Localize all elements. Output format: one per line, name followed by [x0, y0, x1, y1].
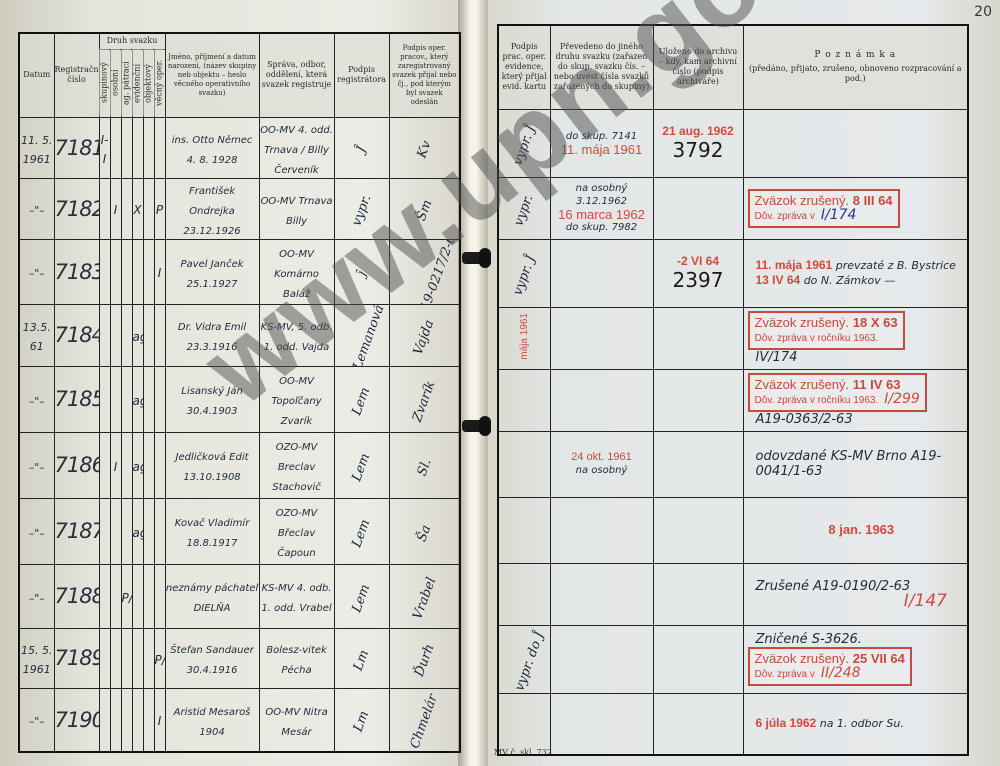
cell-druh-mark	[121, 239, 132, 304]
cell-reg-cislo-text: 7185	[55, 387, 100, 411]
signature: Šm	[414, 198, 435, 223]
cell-sprava: OO-MV Nitra Mesár	[259, 688, 334, 752]
druh-mark: ag	[133, 460, 144, 474]
table-row: vypr. Ĵdo skup. 714111. mája 196121 aug.…	[498, 109, 968, 177]
cell-podpis-oper: Sl.	[389, 432, 460, 498]
druh-mark: ag	[133, 394, 144, 408]
cell-datum: 13.5. 61	[19, 304, 54, 366]
signature: Lem	[350, 582, 374, 614]
cell-druh-mark	[143, 628, 154, 688]
header-druh-0: skupinový	[99, 49, 110, 117]
signature: Lemanová	[350, 304, 387, 366]
cell-jmeno: Kovač Vladimír 18.8.1917	[165, 498, 259, 564]
cell-druh-mark	[99, 178, 110, 239]
cell-podpis-evidence: vypr.	[498, 177, 550, 239]
cell-datum: –"–	[19, 688, 54, 752]
cell-druh-mark	[110, 239, 121, 304]
cell-datum: –"–	[19, 178, 54, 239]
cell-druh-mark	[132, 628, 143, 688]
cell-podpis-oper: Kv	[389, 117, 460, 178]
header-druh-svazku: Druh svazku	[99, 33, 165, 49]
stamp-line1: Zväzok zrušený.	[755, 193, 850, 208]
signature: A19-0217/2-61	[414, 239, 460, 304]
cell-ulozeno	[653, 307, 743, 369]
stamp-line1: Zväzok zrušený.	[755, 377, 850, 392]
cell-reg-cislo: 7187	[54, 498, 99, 564]
header-ulozeno: Uloženo do archivu – kdy, kam archivní č…	[653, 25, 743, 109]
cell-reg-cislo: 7188	[54, 564, 99, 628]
druh-mark: P	[156, 203, 163, 217]
date-stamp: 24 okt. 1961	[551, 451, 653, 464]
druh-mark: X	[133, 203, 141, 217]
header-podpis-oper: Podpis oper. pracov., který zaregistrova…	[389, 33, 460, 117]
cancellation-stamp: Zväzok zrušený. 25 VII 64 Dôv. zpráva vI…	[748, 647, 912, 686]
cell-jmeno-text: Štefan Sandauer 30.4.1916	[170, 645, 253, 676]
cell-podpis-evidence: mája 1961	[498, 307, 550, 369]
cell-reg-cislo-text: 7181	[55, 136, 100, 160]
druh-mark: I	[158, 714, 162, 728]
table-row: vypr. Ĵ-2 VI 64239711. mája 1961 prevzat…	[498, 239, 968, 307]
date-stamp: 11. mája 1961	[551, 143, 653, 156]
table-row: –"–7186IagJedličková Edit 13.10.1908OZO-…	[19, 432, 460, 498]
right-ledger-table: Podpis prac. oper. evidence, který přija…	[497, 24, 969, 756]
header-druh-4: objektový	[143, 49, 154, 117]
stamp-number: II/248	[821, 665, 861, 681]
header-datum: Datum	[19, 33, 54, 117]
cell-podpis-oper: Ša	[389, 498, 460, 564]
druh-mark: I	[114, 203, 118, 217]
cell-druh-mark	[121, 304, 132, 366]
druh-mark: P/I	[122, 591, 133, 605]
cell-sprava: KS-MV, 5. odb. 1. odd. Vajda	[259, 304, 334, 366]
signature: Zvarík	[410, 379, 439, 424]
table-row: 24 okt. 1961na osobnýodovzdané KS-MV Brn…	[498, 431, 968, 497]
cell-sprava-text: OO-MV 4. odd. Trnava / Billy Červeník	[260, 125, 333, 176]
cell-sprava-text: KS-MV 4. odb. 1. odd. Vrabel	[261, 583, 331, 614]
cell-sprava-text: OZO-MV Breclav Stachovič	[272, 442, 321, 493]
binder-ring-icon	[462, 420, 488, 432]
stamp-line2: Dôv. zpráva v ročníku 1963.	[755, 333, 879, 344]
date-stamp: 16 marca 1962	[551, 208, 653, 221]
stamp-line2: Dôv. zpráva v ročníku 1963.	[755, 395, 879, 406]
cell-jmeno-text: Dr. Vidra Emil 23.3.1916	[178, 322, 246, 353]
cell-reg-cislo: 7181	[54, 117, 99, 178]
header-druh-1: osobní	[110, 49, 121, 117]
stamp-line1: Zväzok zrušený.	[755, 651, 850, 666]
cell-sprava: OO-MV Komárno Baláž	[259, 239, 334, 304]
cell-poznamka	[743, 109, 968, 177]
cell-podpis-registratora: Lem	[334, 564, 389, 628]
druh-mark: I	[114, 460, 118, 474]
handwritten-note: I/147	[904, 591, 947, 611]
cell-druh-mark: ag	[132, 432, 143, 498]
cell-druh-mark	[110, 498, 121, 564]
cell-prevedeno: na osobný 3.12.196216 marca 1962do skup.…	[550, 177, 653, 239]
handwritten-note: na 1. odbor Su.	[820, 717, 904, 730]
cell-poznamka: odovzdané KS-MV Brno A19-0041/1-63	[743, 431, 968, 497]
cell-poznamka: Zväzok zrušený. 18 X 63 Dôv. zpráva v ro…	[743, 307, 968, 369]
cell-prevedeno	[550, 693, 653, 755]
cell-podpis-registratora: Lemanová	[334, 304, 389, 366]
cell-druh-mark	[99, 628, 110, 688]
cell-jmeno: ins. Otto Němec 4. 8. 1928	[165, 117, 259, 178]
binding-gutter	[458, 0, 488, 766]
cell-sprava: Bolesz-vitek Pécha	[259, 628, 334, 688]
cell-ulozeno	[653, 497, 743, 563]
handwritten-note: IV/174	[748, 350, 968, 365]
cell-druh-mark	[132, 688, 143, 752]
cell-druh-mark	[143, 366, 154, 432]
signature: Lem	[350, 451, 374, 483]
cell-prevedeno	[550, 625, 653, 693]
cell-druh-mark	[99, 564, 110, 628]
signature: Lem	[350, 517, 374, 549]
cell-datum-text: 11. 5. 1961	[21, 134, 53, 166]
cell-druh-mark	[121, 178, 132, 239]
table-row: Zväzok zrušený. 11 IV 63 Dôv. zpráva v r…	[498, 369, 968, 431]
header-podpis-registratora: Podpis registrátora	[334, 33, 389, 117]
cell-poznamka: Zväzok zrušený. 8 III 64 Dôv. zpráva vI/…	[743, 177, 968, 239]
cell-reg-cislo-text: 7186	[55, 453, 100, 477]
cell-podpis-oper: A19-0217/2-61	[389, 239, 460, 304]
cell-podpis-registratora: Lm	[334, 628, 389, 688]
signature: vypr. do Ĵ	[512, 630, 547, 693]
cell-sprava: OO-MV 4. odd. Trnava / Billy Červeník	[259, 117, 334, 178]
cell-sprava-text: KS-MV, 5. odb. 1. odd. Vajda	[261, 322, 333, 353]
cell-jmeno-text: Jedličková Edit 13.10.1908	[176, 452, 249, 483]
table-row: –"–7183IPavel Janček 25.1.1927OO-MV Komá…	[19, 239, 460, 304]
cell-podpis-oper: Šm	[389, 178, 460, 239]
cell-podpis-registratora: Ĵ	[334, 117, 389, 178]
header-jmeno: Jméno, příjmení a datum narození, (název…	[165, 33, 259, 117]
table-row: –"–7187agKovač Vladimír 18.8.1917OZO-MV …	[19, 498, 460, 564]
cell-druh-mark: I	[110, 432, 121, 498]
table-row: 13.5. 617184agDr. Vidra Emil 23.3.1916KS…	[19, 304, 460, 366]
cell-jmeno-text: Aristid Mesaroš 1904	[174, 707, 251, 738]
cell-sprava: OO-MV Trnava Billy	[259, 178, 334, 239]
cell-podpis-registratora: Lem	[334, 498, 389, 564]
cell-jmeno-text: Lisanský Ján 30.4.1903	[181, 386, 243, 417]
cell-druh-mark	[132, 239, 143, 304]
cell-druh-mark	[143, 304, 154, 366]
cancellation-stamp: Zväzok zrušený. 11 IV 63 Dôv. zpráva v r…	[748, 373, 927, 412]
table-row: 6 júla 1962 na 1. odbor Su.	[498, 693, 968, 755]
date-stamp: 11. mája 1961	[756, 258, 833, 272]
cell-podpis-evidence: vypr. Ĵ	[498, 109, 550, 177]
signature: Chmelár	[408, 693, 441, 751]
signature: Sl.	[414, 456, 434, 477]
date-stamp: 21 aug. 1962	[654, 124, 743, 138]
cell-druh-mark	[143, 688, 154, 752]
cell-sprava: OO-MV Topoľčany Zvarík	[259, 366, 334, 432]
cell-prevedeno	[550, 563, 653, 625]
signature: Lem	[350, 385, 374, 417]
table-row: 15. 5. 19617189P/IŠtefan Sandauer 30.4.1…	[19, 628, 460, 688]
cell-poznamka: Zničené S-3626. Zväzok zrušený. 25 VII 6…	[743, 625, 968, 693]
table-row: mája 1961 Zväzok zrušený. 18 X 63 Dôv. z…	[498, 307, 968, 369]
left-ledger-table: Datum Registrační číslo Druh svazku Jmén…	[18, 32, 461, 753]
table-row: –"–7182IXPFrantišek Ondrejka 23.12.1926O…	[19, 178, 460, 239]
cell-ulozeno: -2 VI 642397	[653, 239, 743, 307]
cell-podpis-evidence	[498, 563, 550, 625]
cell-datum-text: –"–	[29, 204, 45, 217]
cell-jmeno: Aristid Mesaroš 1904	[165, 688, 259, 752]
table-row: –"–7188P/Ineznámy páchateľ DIELŇAKS-MV 4…	[19, 564, 460, 628]
cell-sprava-text: OO-MV Trnava Billy	[261, 196, 333, 227]
cell-druh-mark	[110, 304, 121, 366]
signature: vypr.	[349, 193, 374, 228]
cell-jmeno-text: Kovač Vladimír 18.8.1917	[175, 518, 250, 549]
cell-poznamka: 8 jan. 1963	[743, 497, 968, 563]
cell-prevedeno	[550, 307, 653, 369]
stamp-date: 18 X 63	[853, 315, 898, 330]
table-row: –"–7185agLisanský Ján 30.4.1903OO-MV Top…	[19, 366, 460, 432]
cell-druh-mark	[110, 366, 121, 432]
cell-reg-cislo: 7189	[54, 628, 99, 688]
cell-druh-mark	[99, 498, 110, 564]
cell-podpis-evidence	[498, 497, 550, 563]
cell-druh-mark	[143, 178, 154, 239]
table-row: vypr.na osobný 3.12.196216 marca 1962do …	[498, 177, 968, 239]
cell-jmeno: neznámy páchateľ DIELŇA	[165, 564, 259, 628]
stamp-number: I/174	[821, 207, 857, 223]
cell-reg-cislo: 7186	[54, 432, 99, 498]
cell-jmeno: Jedličková Edit 13.10.1908	[165, 432, 259, 498]
handwritten-note: do skup. 7982	[551, 221, 653, 234]
cell-reg-cislo-text: 7189	[55, 646, 100, 670]
stamp-date: 8 III 64	[853, 193, 893, 208]
cell-prevedeno	[550, 369, 653, 431]
cell-druh-mark: P/I	[121, 564, 132, 628]
cell-reg-cislo-text: 7182	[55, 197, 100, 221]
stamp-line2: Dôv. zpráva v	[755, 669, 815, 680]
cell-reg-cislo-text: 7184	[55, 323, 100, 347]
cell-druh-mark	[110, 564, 121, 628]
cell-reg-cislo: 7190	[54, 688, 99, 752]
cell-datum-text: 13.5. 61	[23, 321, 51, 353]
signature: Ďurh	[412, 642, 438, 679]
handwritten-note: A19-0363/2-63	[748, 412, 968, 427]
cell-reg-cislo-text: 7183	[55, 260, 100, 284]
cell-druh-mark: I	[110, 178, 121, 239]
cell-druh-mark: I	[154, 688, 165, 752]
cell-druh-mark	[121, 117, 132, 178]
cell-jmeno: Lisanský Ján 30.4.1903	[165, 366, 259, 432]
cancellation-stamp: Zväzok zrušený. 8 III 64 Dôv. zpráva vI/…	[748, 189, 900, 228]
cell-druh-mark	[154, 366, 165, 432]
handwritten-note: prevzaté z B. Bystrice	[836, 259, 956, 272]
cell-prevedeno: do skup. 714111. mája 1961	[550, 109, 653, 177]
cell-sprava-text: OO-MV Komárno Baláž	[274, 249, 319, 300]
cell-poznamka: 6 júla 1962 na 1. odbor Su.	[743, 693, 968, 755]
handwritten-note: Zničené S-3626.	[748, 632, 968, 647]
table-row: 8 jan. 1963	[498, 497, 968, 563]
cell-datum: 15. 5. 1961	[19, 628, 54, 688]
cell-druh-mark: ag	[132, 304, 143, 366]
druh-mark: I	[158, 266, 162, 280]
archive-number: 2397	[654, 268, 743, 292]
stamp-line2: Dôv. zpráva v	[755, 211, 815, 222]
cell-druh-mark	[99, 432, 110, 498]
cell-podpis-registratora: vypr.	[334, 178, 389, 239]
cell-druh-mark	[154, 498, 165, 564]
cell-ulozeno	[653, 177, 743, 239]
handwritten-note: na osobný	[551, 464, 653, 477]
header-druh-2: ag. pátrací	[121, 49, 132, 117]
cell-reg-cislo: 7182	[54, 178, 99, 239]
cell-druh-mark	[121, 432, 132, 498]
druh-mark: I-I	[101, 133, 109, 166]
cell-datum-text: –"–	[29, 527, 45, 540]
cell-druh-mark	[110, 628, 121, 688]
header-druh-3: evidenční	[132, 49, 143, 117]
druh-mark: ag	[133, 526, 144, 540]
binder-ring-icon	[462, 252, 488, 264]
cell-podpis-evidence: vypr. do Ĵ	[498, 625, 550, 693]
cell-reg-cislo: 7183	[54, 239, 99, 304]
signature: Lm	[351, 709, 372, 734]
cell-poznamka: 11. mája 1961 prevzaté z B. Bystrice13 I…	[743, 239, 968, 307]
cell-prevedeno: 24 okt. 1961na osobný	[550, 431, 653, 497]
cell-druh-mark	[99, 688, 110, 752]
cell-podpis-oper: Vrabel	[389, 564, 460, 628]
cell-druh-mark	[143, 564, 154, 628]
cell-podpis-registratora: Lem	[334, 366, 389, 432]
stamp-date: 25 VII 64	[853, 651, 905, 666]
cell-podpis-oper: Vajda	[389, 304, 460, 366]
table-row: Zrušené A19-0190/2-63I/147	[498, 563, 968, 625]
cell-podpis-oper: Chmelár	[389, 688, 460, 752]
cell-reg-cislo: 7184	[54, 304, 99, 366]
cell-sprava-text: OO-MV Topoľčany Zvarík	[271, 376, 321, 427]
cell-druh-mark	[99, 239, 110, 304]
druh-mark: P/I	[155, 653, 166, 667]
header-sprava: Správa, odbor, oddělení, která svazek re…	[259, 33, 334, 117]
cell-datum-text: –"–	[29, 592, 45, 605]
cell-podpis-oper: Ďurh	[389, 628, 460, 688]
cell-podpis-oper: Zvarík	[389, 366, 460, 432]
cell-reg-cislo-text: 7188	[55, 584, 100, 608]
cell-datum-text: 15. 5. 1961	[21, 644, 53, 676]
cell-jmeno-text: Pavel Janček 25.1.1927	[181, 259, 244, 290]
signature: vypr. Ĵ	[510, 253, 538, 297]
cell-podpis-evidence	[498, 369, 550, 431]
cell-druh-mark: I	[154, 239, 165, 304]
cell-reg-cislo: 7185	[54, 366, 99, 432]
cell-druh-mark	[143, 239, 154, 304]
stamp-date: 11 IV 63	[853, 377, 901, 392]
cell-druh-mark: I-I	[99, 117, 110, 178]
signature: Ĵ	[354, 144, 370, 154]
cell-druh-mark: ag	[132, 366, 143, 432]
header-druh-5: věcný oper.	[154, 49, 165, 117]
cell-druh-mark	[154, 564, 165, 628]
cell-jmeno: Štefan Sandauer 30.4.1916	[165, 628, 259, 688]
cell-druh-mark: P	[154, 178, 165, 239]
cell-druh-mark: ag	[132, 498, 143, 564]
cell-druh-mark: P/I	[154, 628, 165, 688]
signature: Ša	[414, 523, 434, 544]
cell-podpis-evidence	[498, 693, 550, 755]
cell-datum: –"–	[19, 564, 54, 628]
signature: vypr. Ĵ	[510, 123, 538, 167]
cell-datum: 11. 5. 1961	[19, 117, 54, 178]
poznamka-subtitle: (předáno, přijato, zrušeno, obnoveno roz…	[744, 64, 968, 84]
cell-druh-mark	[132, 564, 143, 628]
cell-druh-mark	[99, 304, 110, 366]
table-row: –"–7190IAristid Mesaroš 1904OO-MV Nitra …	[19, 688, 460, 752]
cell-datum: –"–	[19, 366, 54, 432]
signature: Kv	[414, 139, 434, 160]
cell-datum-text: –"–	[29, 267, 45, 280]
cell-jmeno-text: František Ondrejka 23.12.1926	[183, 186, 240, 237]
cell-jmeno: František Ondrejka 23.12.1926	[165, 178, 259, 239]
cell-ulozeno	[653, 625, 743, 693]
cell-druh-mark	[121, 688, 132, 752]
cell-jmeno: Pavel Janček 25.1.1927	[165, 239, 259, 304]
cell-poznamka: Zväzok zrušený. 11 IV 63 Dôv. zpráva v r…	[743, 369, 968, 431]
cell-druh-mark	[143, 432, 154, 498]
cell-druh-mark	[121, 366, 132, 432]
signature: Vrabel	[410, 575, 439, 621]
cell-ulozeno	[653, 563, 743, 625]
cell-ulozeno	[653, 431, 743, 497]
handwritten-note: do N. Zámkov —	[804, 274, 896, 287]
cell-podpis-registratora: Lm	[334, 688, 389, 752]
cell-datum-text: –"–	[29, 395, 45, 408]
date-stamp: -2 VI 64	[654, 254, 743, 268]
cell-jmeno-text: ins. Otto Němec 4. 8. 1928	[172, 135, 253, 166]
cell-ulozeno	[653, 369, 743, 431]
date-stamp: 6 júla 1962	[756, 716, 817, 730]
cell-ulozeno	[653, 693, 743, 755]
cell-ulozeno: 21 aug. 19623792	[653, 109, 743, 177]
handwritten-note: na osobný 3.12.1962	[551, 182, 653, 208]
cell-sprava-text: OO-MV Nitra Mesár	[265, 707, 327, 738]
handwritten-note: odovzdané KS-MV Brno A19-0041/1-63	[748, 449, 968, 479]
table-row: 11. 5. 19617181I-Iins. Otto Němec 4. 8. …	[19, 117, 460, 178]
poznamka-title: P o z n á m k a	[744, 50, 968, 60]
cell-jmeno-text: neznámy páchateľ DIELŇA	[166, 583, 258, 614]
cell-datum: –"–	[19, 432, 54, 498]
cell-druh-mark	[143, 498, 154, 564]
signature: Lm	[351, 648, 372, 673]
cell-podpis-evidence	[498, 431, 550, 497]
cell-druh-mark	[154, 304, 165, 366]
signature: ĵ	[354, 269, 369, 278]
cell-podpis-registratora: ĵ	[334, 239, 389, 304]
cell-druh-mark	[99, 366, 110, 432]
cell-reg-cislo-text: 7187	[55, 519, 100, 543]
druh-mark: ag	[133, 330, 144, 344]
signature: Vajda	[411, 317, 437, 356]
cell-sprava: OZO-MV Breclav Stachovič	[259, 432, 334, 498]
cell-druh-mark	[121, 628, 132, 688]
cell-druh-mark: X	[132, 178, 143, 239]
cell-druh-mark	[132, 117, 143, 178]
cell-prevedeno	[550, 239, 653, 307]
header-podpis-evidence: Podpis prac. oper. evidence, který přija…	[498, 25, 550, 109]
signature: vypr.	[512, 192, 537, 227]
cell-prevedeno	[550, 497, 653, 563]
date-stamp: mája 1961	[519, 313, 530, 360]
table-row: vypr. do ĴZničené S-3626. Zväzok zrušený…	[498, 625, 968, 693]
cell-sprava: KS-MV 4. odb. 1. odd. Vrabel	[259, 564, 334, 628]
cell-datum: –"–	[19, 498, 54, 564]
cell-podpis-registratora: Lem	[334, 432, 389, 498]
cell-druh-mark	[110, 117, 121, 178]
cell-sprava: OZO-MV Břeclav Čapoun	[259, 498, 334, 564]
